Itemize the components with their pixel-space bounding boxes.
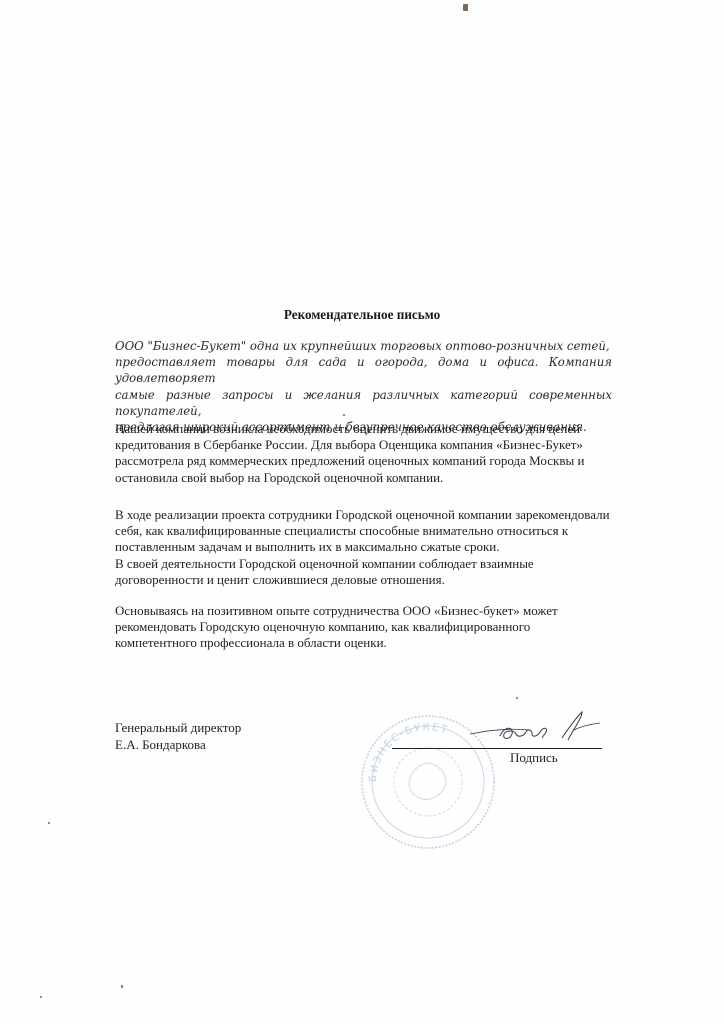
paragraph-line: рассмотрела ряд коммерческих предложений… xyxy=(115,453,612,469)
signature-line xyxy=(392,748,602,749)
signature-caption: Подпись xyxy=(510,750,558,766)
svg-text:БИЗНЕС-БУКЕТ: БИЗНЕС-БУКЕТ xyxy=(368,722,450,782)
letter-title: Рекомендательное письмо xyxy=(0,307,724,323)
paragraph-line: самые разные запросы и желания различных… xyxy=(115,387,612,419)
paragraph-line: кредитования в Сбербанке России. Для выб… xyxy=(115,437,612,453)
paragraph-line: рекомендовать Городскую оценочную компан… xyxy=(115,619,612,635)
paragraph-line: Основываясь на позитивном опыте сотрудни… xyxy=(115,603,612,619)
scan-dot xyxy=(516,697,518,699)
paragraph-recommendation: Основываясь на позитивном опыте сотрудни… xyxy=(115,603,612,652)
paragraph-line: Нашей компании возникла необходимость оц… xyxy=(115,421,612,437)
scan-dot xyxy=(48,822,50,824)
scan-mark xyxy=(463,4,468,11)
signatory-position: Генеральный директор xyxy=(115,720,241,737)
scan-dot xyxy=(121,985,123,988)
signatory-block: Генеральный директор Е.А. Бондаркова xyxy=(115,720,241,753)
paragraph-line: себя, как квалифицированные специалисты … xyxy=(115,523,612,539)
paragraph-line: предоставляет товары для сада и огорода,… xyxy=(115,354,612,386)
paragraph-need: Нашей компании возникла необходимость оц… xyxy=(115,421,612,486)
paragraph-line: ООО "Бизнес-Букет" одна их крупнейших то… xyxy=(115,338,612,354)
signatory-name: Е.А. Бондаркова xyxy=(115,737,241,754)
letter-page: Рекомендательное письмо ООО "Бизнес-Буке… xyxy=(0,0,724,1024)
paragraph-line: компетентного профессионала в области оц… xyxy=(115,635,612,651)
paragraph-line: В ходе реализации проекта сотрудники Гор… xyxy=(115,507,612,523)
handwritten-signature-icon xyxy=(470,708,600,748)
paragraph-line: договоренности и ценит сложившиеся делов… xyxy=(115,572,612,588)
paragraph-experience: В ходе реализации проекта сотрудники Гор… xyxy=(115,507,612,588)
paragraph-line: поставленным задачам и выполнить их в ма… xyxy=(115,539,612,555)
paragraph-line: остановила свой выбор на Городской оцено… xyxy=(115,470,612,486)
paragraph-line: В своей деятельности Городской оценочной… xyxy=(115,556,612,572)
scan-dot xyxy=(40,996,42,998)
